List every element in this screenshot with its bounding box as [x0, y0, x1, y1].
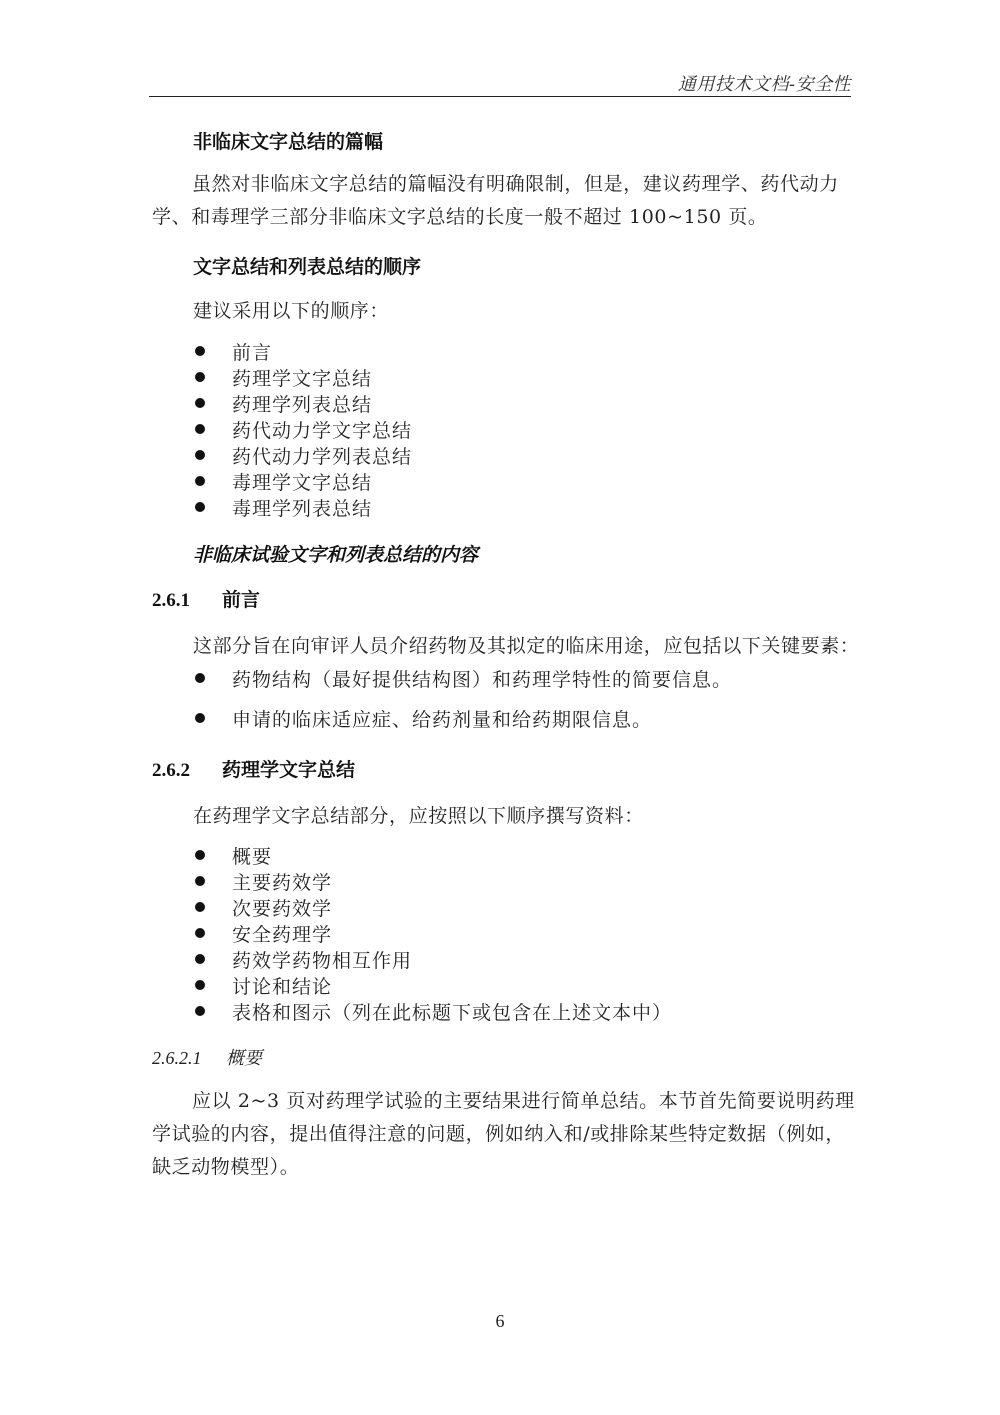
bullet-icon [195, 450, 205, 460]
bullet-icon [195, 876, 205, 886]
section-heading-2-6-2: 2.6.2药理学文字总结 [152, 755, 355, 782]
list-item: 药物结构（最好提供结构图）和药理学特性的简要信息。 [152, 658, 732, 698]
bullet-icon [195, 398, 205, 408]
section-heading-length: 非临床文字总结的篇幅 [193, 127, 383, 154]
bullet-list-2-6-2: 概要 主要药效学 次要药效学 安全药理学 药效学药物相互作用 讨论和结论 表格和… [152, 842, 672, 1024]
bullet-icon [195, 502, 205, 512]
section-heading-order: 文字总结和列表总结的顺序 [193, 252, 421, 279]
list-item: 药理学列表总结 [152, 390, 412, 416]
bullet-icon [195, 902, 205, 912]
intro-2-6-1-text: 这部分旨在向审评人员介绍药物及其拟定的临床用途，应包括以下关键要素： [193, 631, 859, 658]
bullet-icon [195, 713, 205, 723]
bullet-icon [195, 954, 205, 964]
order-bullet-list: 前言 药理学文字总结 药理学列表总结 药代动力学文字总结 药代动力学列表总结 毒… [152, 338, 412, 520]
bullet-icon [195, 980, 205, 990]
order-intro-text: 建议采用以下的顺序： [193, 296, 389, 323]
bullet-icon [195, 673, 205, 683]
bullet-icon [195, 850, 205, 860]
section-number: 2.6.1 [152, 590, 222, 612]
paragraph-2-6-2-1: 应以 2~3 页对药理学试验的主要结果进行简单总结。本节首先简要说明药理学试验的… [152, 1085, 857, 1184]
list-item: 前言 [152, 338, 412, 364]
bullet-icon [195, 346, 205, 356]
page-header: 通用技术文档-安全性 [149, 68, 851, 97]
section-title: 概要 [226, 1048, 262, 1069]
document-title: 通用技术文档-安全性 [678, 70, 851, 96]
section-heading-2-6-1: 2.6.1前言 [152, 585, 260, 612]
list-item: 表格和图示（列在此标题下或包含在上述文本中） [152, 998, 672, 1024]
list-item: 毒理学列表总结 [152, 494, 412, 520]
list-item: 安全药理学 [152, 920, 672, 946]
section-number: 2.6.2 [152, 760, 222, 782]
list-item: 申请的临床适应症、给药剂量和给药期限信息。 [152, 698, 732, 738]
section-title: 药理学文字总结 [222, 759, 355, 781]
list-item: 药代动力学文字总结 [152, 416, 412, 442]
bullet-icon [195, 372, 205, 382]
section-heading-2-6-2-1: 2.6.2.1概要 [152, 1044, 262, 1070]
bullet-icon [195, 476, 205, 486]
list-item: 次要药效学 [152, 894, 672, 920]
list-item: 药代动力学列表总结 [152, 442, 412, 468]
list-item: 概要 [152, 842, 672, 868]
bullet-list-2-6-1: 药物结构（最好提供结构图）和药理学特性的简要信息。 申请的临床适应症、给药剂量和… [152, 658, 732, 738]
paragraph-length: 虽然对非临床文字总结的篇幅没有明确限制，但是，建议药理学、药代动力学、和毒理学三… [152, 168, 857, 234]
list-item: 药理学文字总结 [152, 364, 412, 390]
list-item: 主要药效学 [152, 868, 672, 894]
section-heading-content: 非临床试验文字和列表总结的内容 [193, 540, 478, 567]
bullet-icon [195, 928, 205, 938]
section-number: 2.6.2.1 [152, 1048, 226, 1069]
list-item: 药效学药物相互作用 [152, 946, 672, 972]
list-item: 讨论和结论 [152, 972, 672, 998]
bullet-icon [195, 424, 205, 434]
list-item: 毒理学文字总结 [152, 468, 412, 494]
intro-2-6-2-text: 在药理学文字总结部分，应按照以下顺序撰写资料： [193, 801, 644, 828]
section-title: 前言 [222, 589, 260, 611]
bullet-icon [195, 1006, 205, 1016]
page-number: 6 [0, 1311, 1000, 1332]
